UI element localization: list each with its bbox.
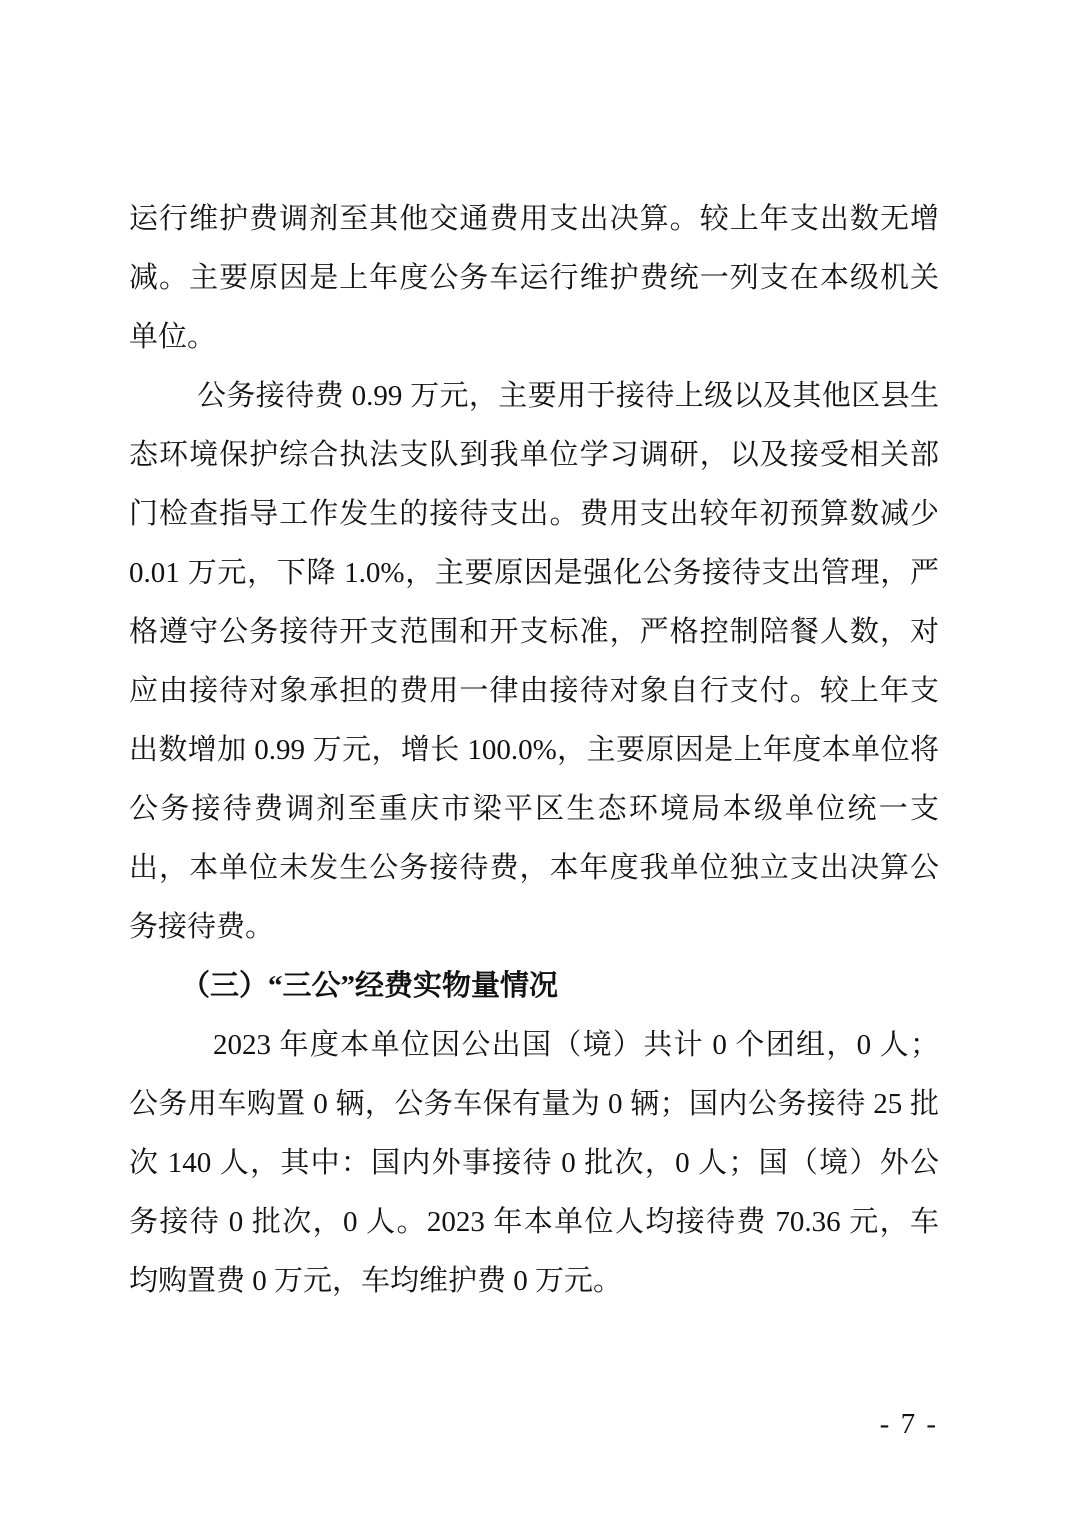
body-line: 门检查指导工作发生的接待支出。费用支出较年初预算数减少 [129, 485, 939, 544]
body-line: 均购置费 0 万元，车均维护费 0 万元。 [129, 1252, 939, 1311]
body-line: 次 140 人，其中：国内外事接待 0 批次，0 人；国（境）外公 [129, 1134, 939, 1193]
section-heading: （三）“三公”经费实物量情况 [129, 957, 939, 1016]
document-page: 运行维护费调剂至其他交通费用支出决算。较上年支出数无增 减。主要原因是上年度公务… [0, 0, 1075, 1520]
body-line: 单位。 [129, 308, 939, 367]
body-line: 出，本单位未发生公务接待费，本年度我单位独立支出决算公 [129, 839, 939, 898]
body-line: 公务接待费调剂至重庆市梁平区生态环境局本级单位统一支 [129, 780, 939, 839]
body-line: 态环境保护综合执法支队到我单位学习调研，以及接受相关部 [129, 426, 939, 485]
document-text-block: 运行维护费调剂至其他交通费用支出决算。较上年支出数无增 减。主要原因是上年度公务… [129, 190, 939, 1311]
body-line: 格遵守公务接待开支范围和开支标准，严格控制陪餐人数，对 [129, 603, 939, 662]
body-line: 务接待费。 [129, 898, 939, 957]
body-line: 2023 年度本单位因公出国（境）共计 0 个团组，0 人； [129, 1016, 939, 1075]
body-line: 公务接待费 0.99 万元，主要用于接待上级以及其他区县生 [129, 367, 939, 426]
page-number: - 7 - [880, 1406, 938, 1442]
body-line: 应由接待对象承担的费用一律由接待对象自行支付。较上年支 [129, 662, 939, 721]
body-line: 0.01 万元，下降 1.0%，主要原因是强化公务接待支出管理，严 [129, 544, 939, 603]
body-line: 出数增加 0.99 万元，增长 100.0%，主要原因是上年度本单位将 [129, 721, 939, 780]
body-line: 运行维护费调剂至其他交通费用支出决算。较上年支出数无增 [129, 190, 939, 249]
body-line: 减。主要原因是上年度公务车运行维护费统一列支在本级机关 [129, 249, 939, 308]
body-line: 公务用车购置 0 辆，公务车保有量为 0 辆；国内公务接待 25 批 [129, 1075, 939, 1134]
body-line: 务接待 0 批次，0 人。2023 年本单位人均接待费 70.36 元，车 [129, 1193, 939, 1252]
